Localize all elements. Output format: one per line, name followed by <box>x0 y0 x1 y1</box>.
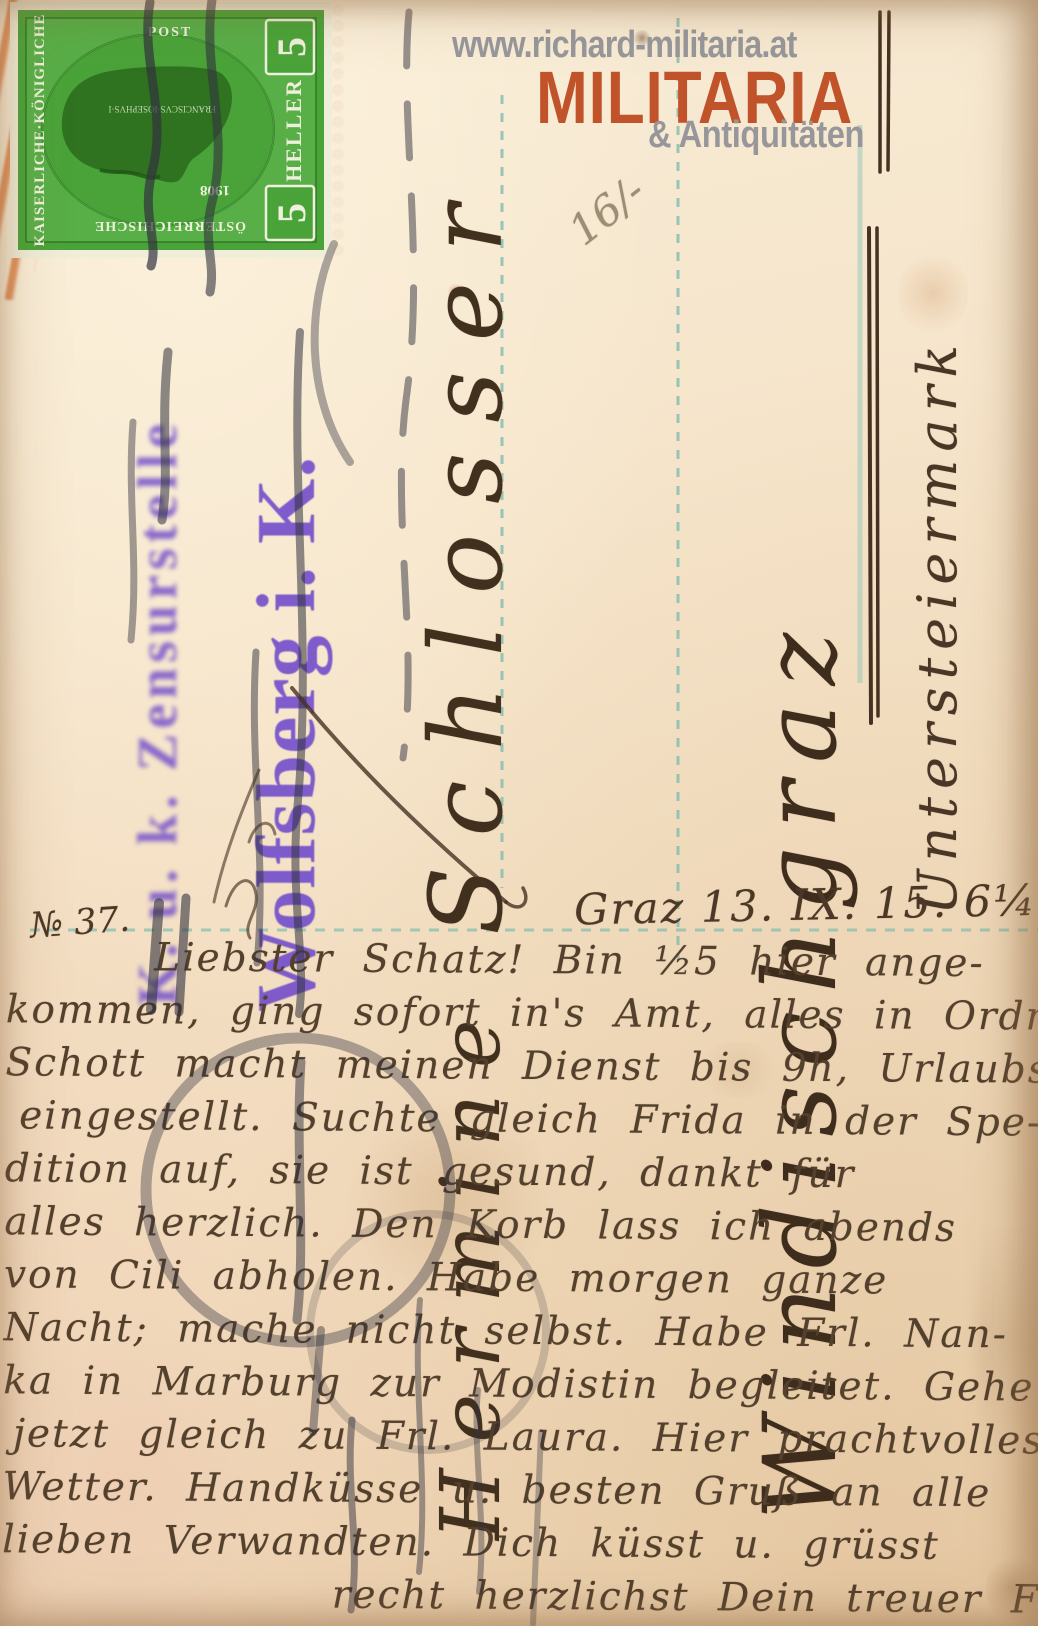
message-line: alles herzlich. Den Korb lass ich abends <box>4 1199 1038 1259</box>
address-region: Untersteiermark <box>906 95 969 915</box>
stamp-value: 5 <box>269 37 314 57</box>
stamp-portrait-caption: FRANCISCVS·IOSEPHVS·I <box>108 104 216 114</box>
stamp-value: 5 <box>269 203 314 223</box>
postage-stamp: 5 5 HELLER KAISERLICHE·KÖNIGLICHE ÖSTERR… <box>8 0 334 260</box>
message-line: lieben Verwandten. Dich küsst u. grüsst <box>2 1517 1038 1577</box>
stamp-currency: HELLER <box>281 78 306 182</box>
message-line: Liebster Schatz! Bin ½5 hier ange- <box>6 934 1038 994</box>
message-line: Wetter. Handküsse u. besten Gruß an alle <box>2 1464 1038 1524</box>
message-line: jetzt gleich zu Frl. Laura. Hier prachtv… <box>3 1411 1038 1471</box>
message-line: dition auf, sie ist gesund, dankt für <box>5 1146 1038 1206</box>
censor-stamp-line1: K. u. k. Zensurstelle <box>126 356 190 1006</box>
stamp-year: 1908 <box>200 182 230 198</box>
stamp-country-right: POST <box>148 25 193 40</box>
message-line: ka in Marburg zur Modistin begleitet. Ge… <box>3 1358 1038 1418</box>
message-body: Liebster Schatz! Bin ½5 hier ange- komme… <box>2 934 1038 1626</box>
message-line: von Cili abholen. Habe morgen ganze <box>4 1252 1038 1312</box>
stamp-country-left: ÖSTERREICHISCHE <box>94 218 246 235</box>
stamp-country-top: KAISERLICHE·KÖNIGLICHE <box>31 14 48 247</box>
message-line: Schott macht meinen Dienst bis 9h, Urlau… <box>5 1040 1038 1100</box>
message-line: eingestellt. Suchte gleich Frida in der … <box>5 1093 1038 1153</box>
censor-stamp-line2: Wolfsberg i. K. <box>238 332 335 1012</box>
postcard-scan: { "watermark": { "url": "www.richard-mil… <box>0 0 1038 1626</box>
message-line: Nacht; mache nicht selbst. Habe Frl. Nan… <box>3 1305 1038 1365</box>
stamp-perforation <box>330 2 347 260</box>
message-line: kommen, ging sofort in's Amt, alles in O… <box>6 987 1038 1047</box>
dateline: Graz 13. IX. 15. 6¼ A. <box>574 874 1038 935</box>
message-line: recht herzlichst Dein treuer Fritz. <box>2 1570 1038 1626</box>
addressee-name: Schlosser <box>408 35 525 935</box>
